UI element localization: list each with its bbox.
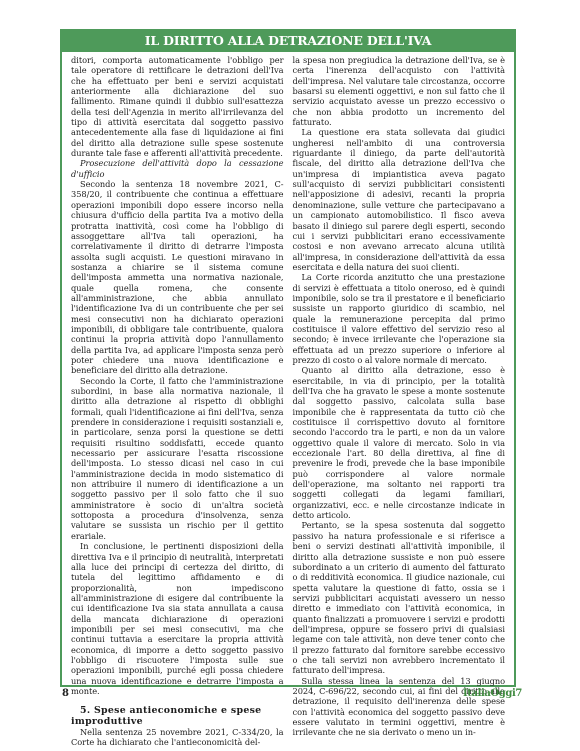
article-body: ditori, comporta automaticamente l'obbli…	[62, 52, 514, 748]
left-column: ditori, comporta automaticamente l'obbli…	[71, 55, 284, 748]
subheading: Prosecuzione dell'attività dopo la cessa…	[71, 158, 284, 179]
paragraph: In conclusione, le pertinenti disposizio…	[71, 541, 284, 696]
article-frame: IL DIRITTO ALLA DETRAZIONE DELL'IVA dito…	[60, 29, 516, 687]
section-heading: 5. Spese antieconomiche e spese improdut…	[71, 706, 284, 727]
paragraph: La Corte ricorda anzitutto che una prest…	[293, 272, 506, 365]
right-column: la spesa non pregiudica la detrazione de…	[293, 55, 506, 748]
page-number: 8	[62, 688, 69, 699]
paragraph: Quanto al diritto alla detrazione, esso …	[293, 365, 506, 520]
paragraph: Pertanto, se la spesa sostenuta dal sogg…	[293, 520, 506, 675]
paragraph: Secondo la sentenza 18 novembre 2021, C-…	[71, 179, 284, 376]
paragraph: Nella sentenza 25 novembre 2021, C-334/2…	[71, 727, 284, 748]
paragraph: La questione era stata sollevata dai giu…	[293, 127, 506, 272]
paragraph: Sulla stessa linea la sentenza del 13 gi…	[293, 676, 506, 738]
paragraph: la spesa non pregiudica la detrazione de…	[293, 55, 506, 127]
publication-logo: ItaliaOggi7	[463, 688, 522, 699]
paragraph: ditori, comporta automaticamente l'obbli…	[71, 55, 284, 158]
paragraph: Secondo la Corte, il fatto che l'amminis…	[71, 376, 284, 542]
section-header: IL DIRITTO ALLA DETRAZIONE DELL'IVA	[62, 29, 514, 52]
